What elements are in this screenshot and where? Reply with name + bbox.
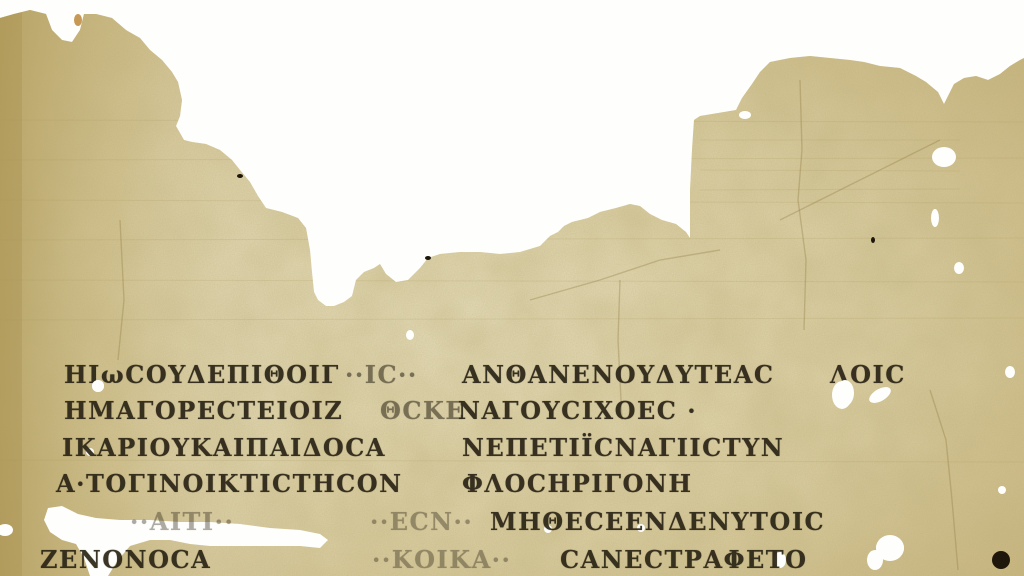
papyrus-hole [92,380,104,392]
papyrus-photo: ΗΙωϹΟΥΔΕΠΙΘΟΙΓ ··ΙϹ·· ΑΝΘΑΝΕΝΟΥΔΥΤΕΑϹ ΛΟ… [0,0,1024,576]
papyrus-fragment [0,0,1024,576]
papyrus-hole [876,535,904,561]
papyrus-hole [836,380,854,406]
